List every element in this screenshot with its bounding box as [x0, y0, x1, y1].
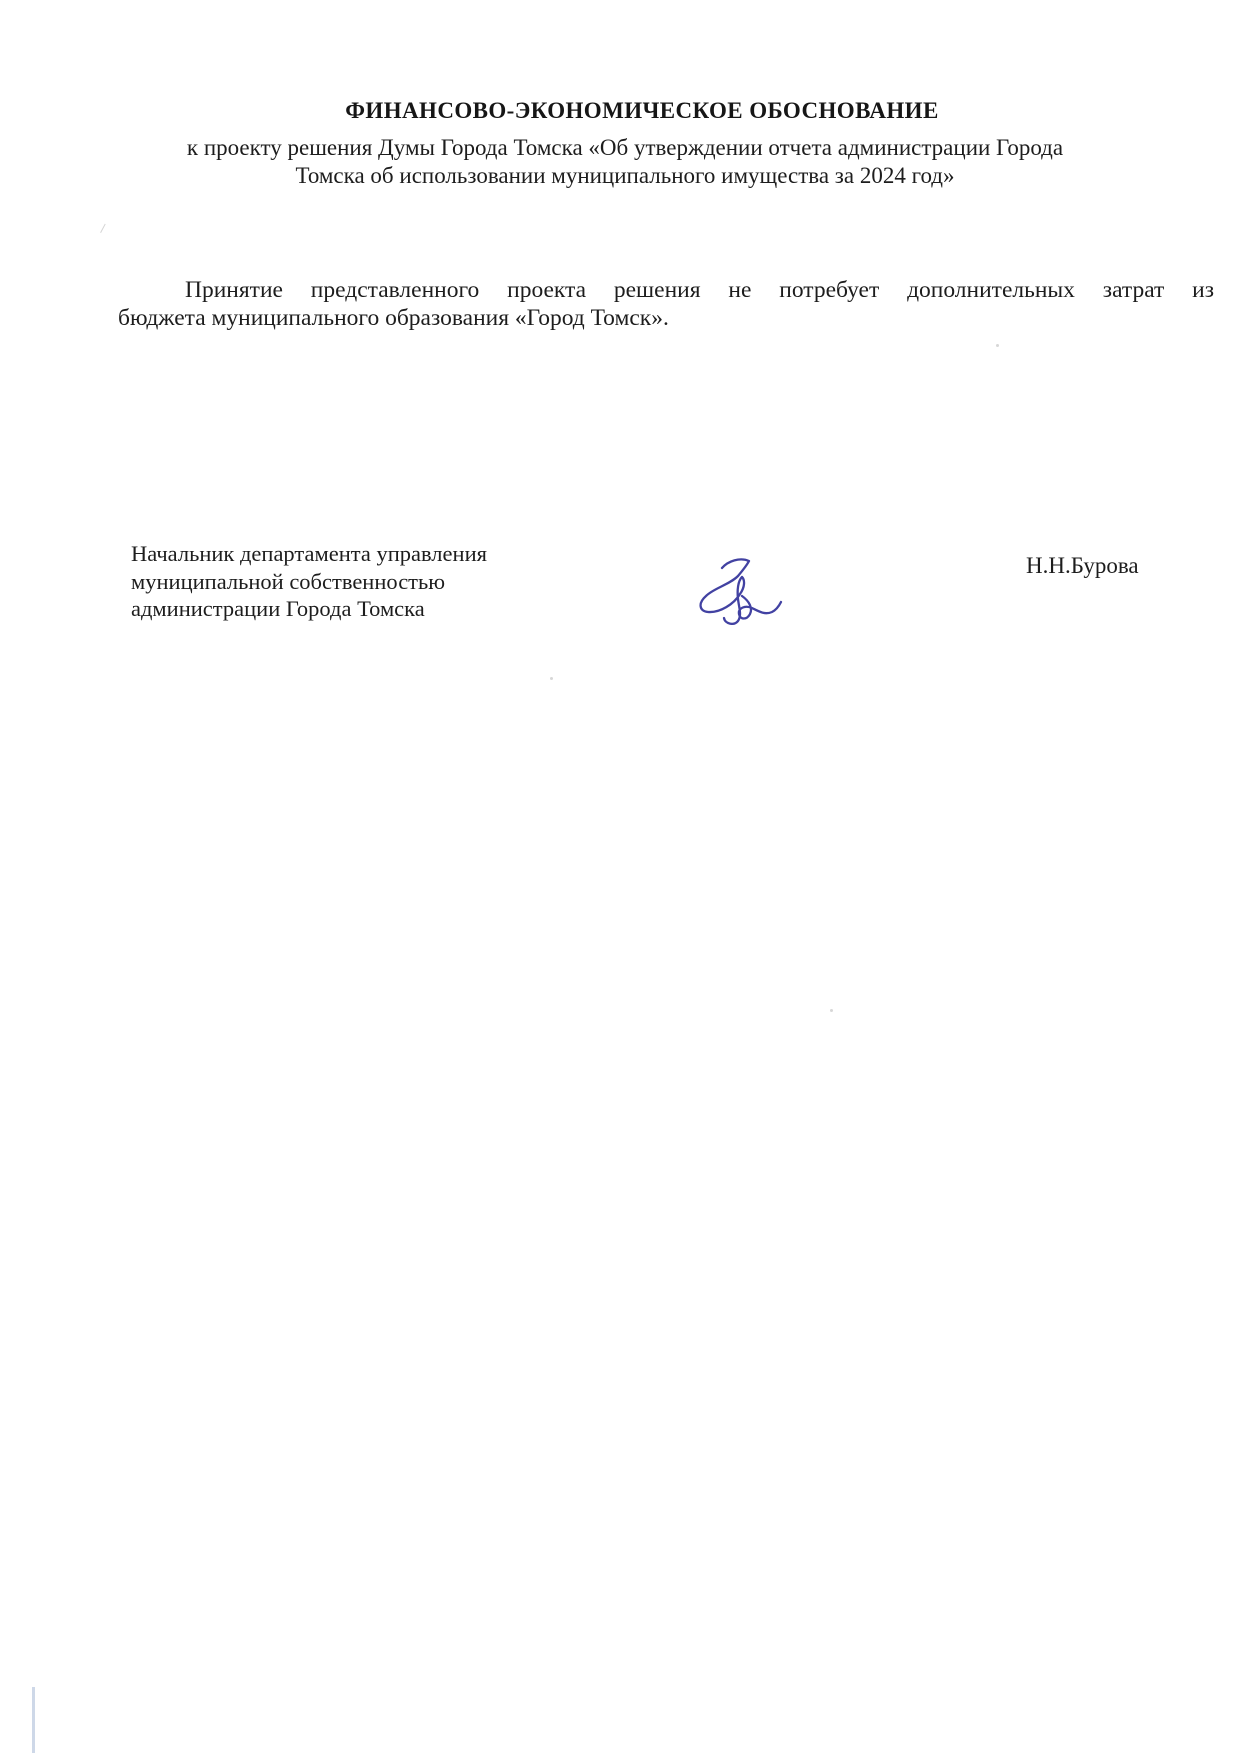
scan-speck	[830, 1009, 833, 1012]
signatory-position-line-2: муниципальной собственностью	[131, 568, 611, 596]
scan-edge-artifact	[32, 1687, 35, 1753]
body-paragraph: Принятие представленного проекта решения…	[118, 276, 1214, 332]
document-subtitle-line-2: Томска об использовании муниципального и…	[70, 162, 1180, 190]
document-title: ФИНАНСОВО-ЭКОНОМИЧЕСКОЕ ОБОСНОВАНИЕ	[104, 97, 1180, 125]
document-page: ФИНАНСОВО-ЭКОНОМИЧЕСКОЕ ОБОСНОВАНИЕ к пр…	[0, 0, 1240, 1753]
scan-speck	[550, 677, 553, 680]
scan-tick-artifact	[100, 224, 112, 237]
scan-speck	[996, 344, 999, 347]
document-subtitle: к проекту решения Думы Города Томска «Об…	[70, 134, 1180, 190]
handwritten-signature-ink	[692, 551, 792, 629]
signatory-position-line-3: администрации Города Томска	[131, 595, 611, 623]
document-header: ФИНАНСОВО-ЭКОНОМИЧЕСКОЕ ОБОСНОВАНИЕ к пр…	[70, 97, 1180, 190]
signatory-name: Н.Н.Бурова	[1026, 552, 1139, 580]
body-paragraph-line-2: бюджета муниципального образования «Горо…	[118, 304, 1214, 332]
signatory-position-line-1: Начальник департамента управления	[131, 540, 611, 568]
body-paragraph-line-1: Принятие представленного проекта решения…	[118, 276, 1214, 304]
document-subtitle-line-1: к проекту решения Думы Города Томска «Об…	[70, 134, 1180, 162]
signatory-position-block: Начальник департамента управления муници…	[131, 540, 611, 623]
